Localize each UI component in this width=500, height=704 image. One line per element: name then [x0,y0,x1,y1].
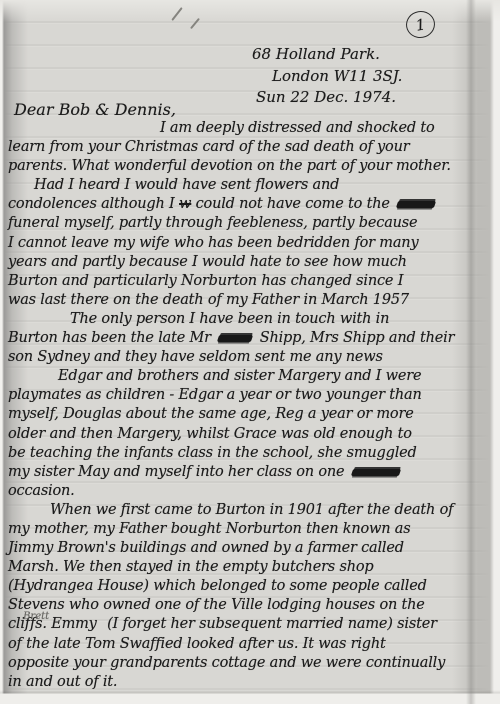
letter-line: Stevens who owned one of the Ville lodgi… [8,596,486,615]
letter-text: could not have come to the [191,196,394,212]
letter-text: in and out of it. [8,674,117,690]
letter-line: be teaching the infants class in the sch… [8,444,486,463]
letter-line: funeral myself, partly through feeblenes… [8,214,486,233]
letter-text: opposite your grandparents cottage and w… [8,655,445,671]
letter-line: Had I heard I would have sent flowers an… [8,176,486,195]
letter-body: I am deeply distressed and shocked tolea… [8,119,486,692]
salutation: Dear Bob & Dennis, [14,100,176,119]
struck-out-text: w [179,196,191,212]
letter-text: my mother, my Father bought Norburton th… [8,521,411,537]
letter-line: my mother, my Father bought Norburton th… [8,520,486,539]
letter-line: parents. What wonderful devotion on the … [8,157,486,176]
letter-text: Edgar and brothers and sister Margery an… [58,368,421,384]
letter-text: condolences although I [8,196,179,212]
letter-line: myself, Douglas about the same age, Reg … [8,405,486,424]
letter-text: myself, Douglas about the same age, Reg … [8,406,414,422]
letter-line: (Hydrangea House) which belonged to some… [8,577,486,596]
scribbled-out-word [351,469,401,476]
letter-line: learn from your Christmas card of the sa… [8,138,486,157]
letter-text: I cannot leave my wife who has been bedr… [8,235,418,251]
letter-text: Shipp, Mrs Shipp and their [255,330,454,346]
address-line: 68 Holland Park. [246,44,402,66]
letter-text: son Sydney and they have seldom sent me … [8,349,383,365]
scribbled-out-word [217,335,253,342]
letter-line: The only person I have been in touch wit… [8,310,486,329]
circled-page-number: 1 [404,9,437,41]
letter-line: son Sydney and they have seldom sent me … [8,348,486,367]
letter-line: my sister May and myself into her class … [8,463,486,482]
letter-text: When we first came to Burton in 1901 aft… [50,502,453,518]
letter-text: (Hydrangea House) which belonged to some… [8,578,427,594]
letter-line: in and out of it. [8,673,486,692]
letter-text: The only person I have been in touch wit… [70,311,389,327]
letter-line: Edgar and brothers and sister Margery an… [8,367,486,386]
letter-text: Marsh. We then stayed in the empty butch… [8,559,373,575]
letter-line: playmates as children - Edgar a year or … [8,386,486,405]
letter-text: cliffs. Emmy [8,616,101,632]
letter-line: of the late Tom Swaffied looked after us… [8,635,486,654]
letter-line: I cannot leave my wife who has been bedr… [8,234,486,253]
letter-text: years and partly because I would hate to… [8,254,407,270]
letter-text: Had I heard I would have sent flowers an… [34,177,339,193]
letter-text: of the late Tom Swaffied looked after us… [8,636,386,652]
letter-text: be teaching the infants class in the sch… [8,445,417,461]
address-block: 68 Holland Park.London W11 3SJ.Sun 22 De… [246,44,402,109]
letter-text: (I forget her subsequent married name) s… [107,616,437,632]
letter-line: Jimmy Brown's buildings and owned by a f… [8,539,486,558]
letter-line: cliffs. Emmy Brett(I forget her subseque… [8,615,486,634]
letter-text: Burton has been the late Mr [8,330,215,346]
letter-text: occasion. [8,483,75,499]
address-line: London W11 3SJ. [246,66,402,88]
letter-line: older and then Margery, whilst Grace was… [8,425,486,444]
letter-text: Burton and particularly Norburton has ch… [8,273,403,289]
letter-text: learn from your Christmas card of the sa… [8,139,409,155]
letter-line: years and partly because I would hate to… [8,253,486,272]
letter-text: older and then Margery, whilst Grace was… [8,426,412,442]
letter-text: was last there on the death of my Father… [8,292,409,308]
letter-text: I am deeply distressed and shocked to [160,120,434,136]
letter-text: Jimmy Brown's buildings and owned by a f… [8,540,404,556]
letter-line: I am deeply distressed and shocked to [8,119,486,138]
letter-text: my sister May and myself into her class … [8,464,349,480]
inserted-annotation: Brett [23,611,49,622]
letter-line: was last there on the death of my Father… [8,291,486,310]
address-line: Sun 22 Dec. 1974. [246,87,402,109]
letter-line: Burton has been the late Mr Shipp, Mrs S… [8,329,486,348]
pen-mark [190,18,200,29]
scanned-letter-page: 1 68 Holland Park.London W11 3SJ.Sun 22 … [0,0,500,704]
pen-mark [171,7,182,21]
letter-line: When we first came to Burton in 1901 aft… [8,501,486,520]
letter-line: Marsh. We then stayed in the empty butch… [8,558,486,577]
letter-text: playmates as children - Edgar a year or … [8,387,422,403]
letter-line: condolences although I w could not have … [8,195,486,214]
letter-text: funeral myself, partly through feeblenes… [8,215,417,231]
letter-line: opposite your grandparents cottage and w… [8,654,486,673]
letter-text: Stevens who owned one of the Ville lodgi… [8,597,425,613]
page-number: 1 [414,15,427,34]
letter-line: Burton and particularly Norburton has ch… [8,272,486,291]
scribbled-out-word [396,201,436,208]
letter-text: parents. What wonderful devotion on the … [8,158,451,174]
letter-line: occasion. [8,482,486,501]
